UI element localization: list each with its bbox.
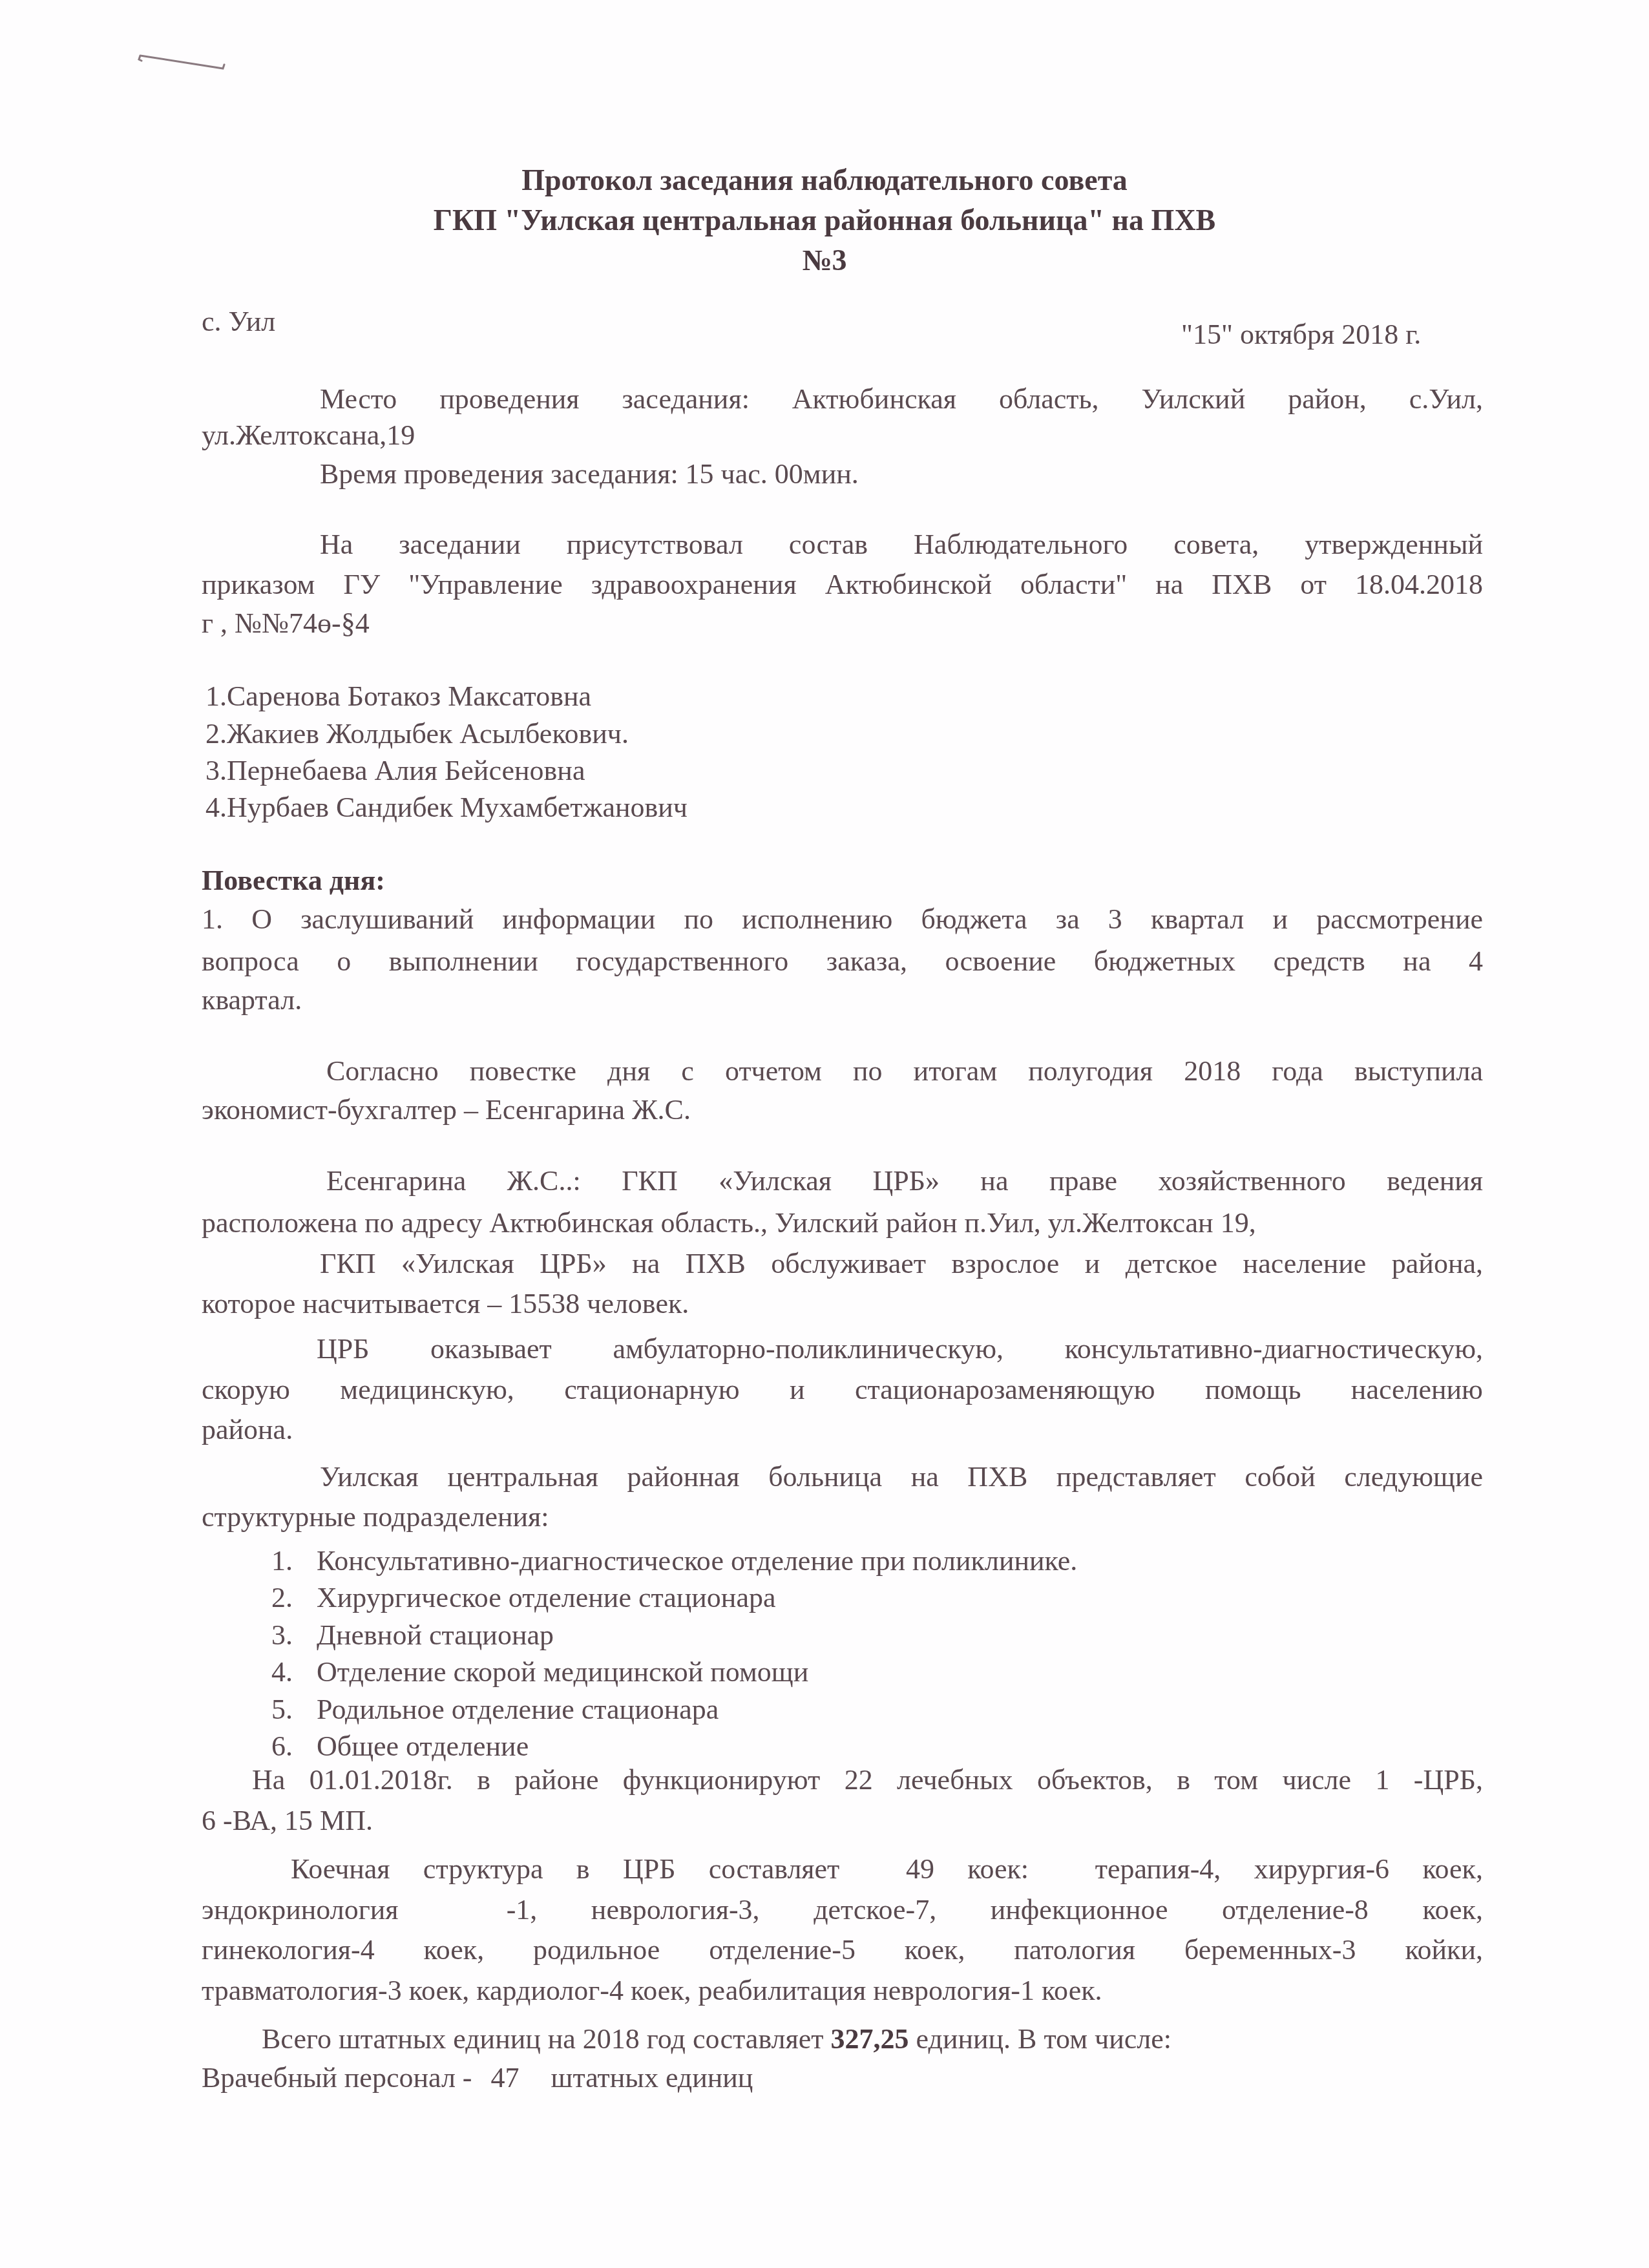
agenda-line-2: вопроса о выполнении государственного за…: [202, 943, 1483, 980]
attendance-line-1: На заседании присутствовал состав Наблюд…: [320, 527, 1483, 563]
report-p4-line-1: Уилская центральная районная больница на…: [320, 1459, 1483, 1495]
report-intro-line-2: экономист-бухгалтер – Есенгарина Ж.С.: [202, 1092, 691, 1128]
doctors-line: Врачебный персонал - 47 штатных единиц: [202, 2060, 753, 2096]
department-item-4: 4.Отделение скорой медицинской помощи: [271, 1654, 808, 1690]
member-3: 3.Пернебаева Алия Бейсеновна: [205, 753, 585, 789]
title-line-1: Протокол заседания наблюдательного совет…: [0, 160, 1649, 200]
document-page: Протокол заседания наблюдательного совет…: [0, 0, 1649, 2268]
report-p2-line-2: которое насчитывается – 15538 человек.: [202, 1286, 689, 1322]
meeting-time: Время проведения заседания: 15 час. 00ми…: [320, 456, 859, 492]
location-line-1: Место проведения заседания: Актюбинская …: [320, 381, 1483, 417]
beds-line-4: травматология-3 коек, кардиолог-4 коек, …: [202, 1973, 1102, 2009]
agenda-line-1: 1. О заслушиваний информации по исполнен…: [202, 901, 1483, 938]
pen-mark-icon: [132, 47, 236, 72]
title-line-2: ГКП "Уилская центральная районная больни…: [0, 200, 1649, 240]
report-p4-line-2: структурные подразделения:: [202, 1499, 549, 1535]
report-p3-line-3: района.: [202, 1412, 293, 1448]
department-item-1: 1.Консультативно-диагностическое отделен…: [271, 1543, 1077, 1579]
department-item-3: 3.Дневной стационар: [271, 1617, 554, 1654]
beds-line-3: гинекология-4 коек, родильное отделение-…: [202, 1932, 1483, 1968]
report-p2-line-1: ГКП «Уилская ЦРБ» на ПХВ обслуживает взр…: [320, 1246, 1483, 1282]
agenda-heading: Повестка дня:: [202, 863, 385, 899]
staff-total-value: 327,25: [831, 2023, 909, 2055]
place: с. Уил: [202, 304, 275, 340]
title-line-3: №3: [0, 240, 1649, 280]
attendance-line-3: г , №№74ө-§4: [202, 605, 370, 642]
facilities-line-2: 6 -ВА, 15 МП.: [202, 1803, 373, 1839]
location-line-2: ул.Желтоксана,19: [202, 417, 415, 454]
member-1: 1.Саренова Ботакоз Максатовна: [205, 678, 591, 715]
member-4: 4.Нурбаев Сандибек Мухамбетжанович: [205, 790, 688, 826]
attendance-line-2: приказом ГУ "Управление здравоохранения …: [202, 567, 1483, 603]
report-p1-line-1: Есенгарина Ж.С..: ГКП «Уилская ЦРБ» на п…: [326, 1163, 1483, 1199]
date: "15" октября 2018 г.: [1181, 317, 1421, 353]
facilities-line-1: На 01.01.2018г. в районе функционируют 2…: [252, 1762, 1483, 1798]
staff-total-line: Всего штатных единиц на 2018 год составл…: [262, 2021, 1171, 2057]
beds-line-1: Коечная структура в ЦРБ составляет 49 ко…: [291, 1851, 1483, 1887]
member-2: 2.Жакиев Жолдыбек Асылбекович.: [205, 716, 629, 752]
beds-line-2: эндокринология -1, неврология-3, детское…: [202, 1892, 1483, 1928]
report-intro-line-1: Согласно повестке дня с отчетом по итога…: [326, 1053, 1483, 1089]
report-p1-line-2: расположена по адресу Актюбинская област…: [202, 1205, 1256, 1241]
department-item-6: 6.Общее отделение: [271, 1728, 529, 1765]
report-p3-line-1: ЦРБ оказывает амбулаторно-поликлиническу…: [317, 1331, 1483, 1367]
agenda-line-3: квартал.: [202, 982, 302, 1018]
department-item-2: 2.Хирургическое отделение стационара: [271, 1580, 775, 1616]
department-item-5: 5.Родильное отделение стационара: [271, 1692, 719, 1728]
report-p3-line-2: скорую медицинскую, стационарную и стаци…: [202, 1372, 1483, 1408]
doctors-count: 47: [491, 2060, 520, 2096]
